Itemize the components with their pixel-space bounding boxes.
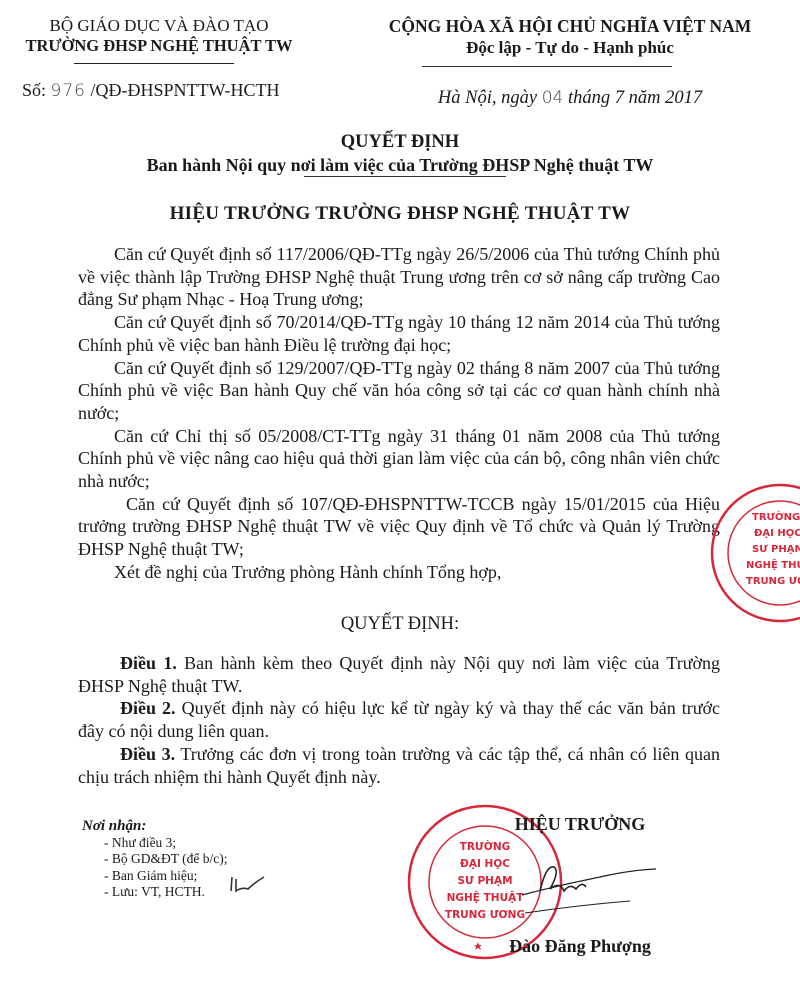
preamble-item: Xét đề nghị của Trưởng phòng Hành chính … bbox=[78, 561, 720, 584]
preamble: Căn cứ Quyết định số 117/2006/QĐ-TTg ngà… bbox=[78, 243, 720, 584]
date-day: 04 bbox=[542, 88, 564, 108]
issue-date: Hà Nội, ngày 04 tháng 7 năm 2017 bbox=[370, 88, 770, 109]
article-label: Điều 1. bbox=[120, 653, 177, 673]
signatory-title: HIỆU TRƯỞNG bbox=[470, 814, 690, 835]
decision-heading: QUYẾT ĐỊNH: bbox=[0, 614, 800, 635]
issuer-block: BỘ GIÁO DỤC VÀ ĐÀO TẠO TRƯỜNG ĐHSP NGHỆ … bbox=[0, 16, 318, 56]
stamp-line: NGHỆ THUẬT bbox=[447, 891, 525, 904]
articles: Điều 1. Ban hành kèm theo Quyết định này… bbox=[78, 652, 720, 788]
recipient-item: - Như điều 3; bbox=[104, 835, 227, 852]
nation-name: CỘNG HÒA XÃ HỘI CHỦ NGHĨA VIỆT NAM bbox=[350, 16, 790, 37]
ministry-name: BỘ GIÁO DỤC VÀ ĐÀO TẠO bbox=[0, 16, 318, 36]
preamble-item: Căn cứ Quyết định số 107/QĐ-ĐHSPNTTW-TCC… bbox=[78, 493, 720, 561]
preamble-item: Căn cứ Quyết định số 129/2007/QĐ-TTg ngà… bbox=[78, 357, 720, 425]
recipients-heading: Nơi nhận: bbox=[82, 818, 227, 835]
motto: Độc lập - Tự do - Hạnh phúc bbox=[350, 37, 790, 58]
stamp-line: TRUNG ƯƠNG bbox=[445, 909, 525, 921]
stamp-line: SƯ PHẠM bbox=[457, 875, 512, 887]
document-number: Số: 976 /QĐ-ĐHSPNTTW-HCTH bbox=[22, 80, 279, 101]
article-label: Điều 2. bbox=[120, 698, 176, 718]
initials-mark bbox=[228, 873, 268, 895]
stamp-line: NGHỆ THUẬT bbox=[746, 558, 800, 571]
article-label: Điều 3. bbox=[120, 744, 175, 764]
stamp-line: SƯ PHẠM bbox=[752, 544, 800, 555]
stamp-line: TRUNG ƯƠNG bbox=[746, 576, 800, 587]
divider bbox=[304, 176, 506, 177]
document-title: QUYẾT ĐỊNH bbox=[0, 132, 800, 153]
recipient-item: - Ban Giám hiệu; bbox=[104, 868, 227, 885]
article-2: Điều 2. Quyết định này có hiệu lực kể từ… bbox=[78, 697, 720, 742]
recipients: Nơi nhận: - Như điều 3; - Bộ GD&ĐT (để b… bbox=[82, 818, 227, 901]
ref-prefix: Số: bbox=[22, 80, 51, 100]
date-prefix: Hà Nội, ngày bbox=[438, 88, 542, 108]
recipient-item: - Bộ GD&ĐT (để b/c); bbox=[104, 851, 227, 868]
date-suffix: tháng 7 năm 2017 bbox=[563, 88, 702, 108]
stamp-line: ĐẠI HỌC bbox=[754, 528, 800, 539]
stamp-line: TRƯỜNG bbox=[752, 510, 800, 523]
stamp-line: ĐẠI HỌC bbox=[460, 858, 510, 870]
preamble-item: Căn cứ Quyết định số 70/2014/QĐ-TTg ngày… bbox=[78, 311, 720, 356]
article-text: Trưởng các đơn vị trong toàn trường và c… bbox=[78, 744, 720, 787]
article-1: Điều 1. Ban hành kèm theo Quyết định này… bbox=[78, 652, 720, 697]
stamp-line: TRƯỜNG bbox=[460, 840, 511, 853]
divider bbox=[74, 63, 234, 64]
official-stamp-partial: TRƯỜNG ĐẠI HỌC SƯ PHẠM NGHỆ THUẬT TRUNG … bbox=[700, 478, 800, 628]
ref-suffix: /QĐ-ĐHSPNTTW-HCTH bbox=[86, 80, 280, 100]
issuing-authority: HIỆU TRƯỞNG TRƯỜNG ĐHSP NGHỆ THUẬT TW bbox=[0, 203, 800, 225]
divider bbox=[422, 66, 672, 67]
school-name: TRƯỜNG ĐHSP NGHỆ THUẬT TW bbox=[0, 36, 318, 56]
preamble-item: Căn cứ Chỉ thị số 05/2008/CT-TTg ngày 31… bbox=[78, 425, 720, 493]
national-heading: CỘNG HÒA XÃ HỘI CHỦ NGHĨA VIỆT NAM Độc l… bbox=[350, 16, 790, 58]
signatory-name: Đào Đăng Phượng bbox=[470, 936, 690, 957]
article-3: Điều 3. Trưởng các đơn vị trong toàn trư… bbox=[78, 743, 720, 788]
recipients-list: - Như điều 3; - Bộ GD&ĐT (để b/c); - Ban… bbox=[82, 835, 227, 901]
document-subtitle: Ban hành Nội quy nơi làm việc của Trường… bbox=[0, 155, 800, 176]
recipient-item: - Lưu: VT, HCTH. bbox=[104, 884, 227, 901]
handwritten-signature bbox=[520, 855, 660, 915]
preamble-item: Căn cứ Quyết định số 117/2006/QĐ-TTg ngà… bbox=[78, 243, 720, 311]
ref-number: 976 bbox=[51, 81, 86, 101]
